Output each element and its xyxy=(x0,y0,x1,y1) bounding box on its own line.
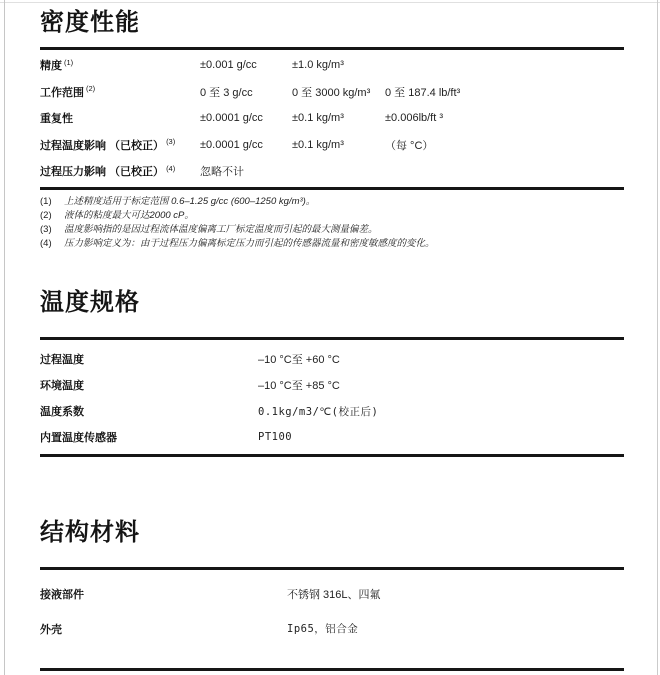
spec-label: 过程温度影响 （已校正）(3) xyxy=(40,137,200,153)
spec-label-text: 工作范围 xyxy=(40,87,84,99)
table-row: 内置温度传感器 PT100 xyxy=(40,424,624,450)
spec-value: ±0.1 kg/m³ xyxy=(292,139,385,151)
spec-label: 过程温度 xyxy=(40,351,258,367)
table-row: 精度(1) ±0.001 g/cc ±1.0 kg/m³ xyxy=(40,52,624,79)
table-row: 工作范围(2) 0 至 3 g/cc 0 至 3000 kg/m³ 0 至 18… xyxy=(40,79,624,106)
spec-value: 0 至 3000 kg/m³ xyxy=(292,84,385,100)
table-row: 重复性 ±0.0001 g/cc ±0.1 kg/m³ ±0.006lb/ft … xyxy=(40,105,624,132)
spec-value: –10 °C至 +60 °C xyxy=(258,351,624,367)
divider-materials-top xyxy=(40,567,624,570)
spec-value: Ip65，铝合金 xyxy=(287,621,624,636)
spec-label: 过程压力影响 （已校正）(4) xyxy=(40,163,200,179)
footnote-text: 温度影响指的是因过程流体温度偏离工厂标定温度而引起的最大测量偏差。 xyxy=(64,223,378,237)
footnote-item: (1) 上述精度适用于标定范围 0.6–1.25 g/cc (600–1250 … xyxy=(40,195,624,209)
table-row: 环境温度 –10 °C至 +85 °C xyxy=(40,372,624,398)
spec-label: 内置温度传感器 xyxy=(40,429,258,445)
footnote-ref: (3) xyxy=(166,137,175,146)
spec-value: ±0.006lb/ft ³ xyxy=(385,112,624,124)
spec-label: 环境温度 xyxy=(40,377,258,393)
section-temperature-specs: 温度规格 过程温度 –10 °C至 +60 °C 环境温度 –10 °C至 +8… xyxy=(40,288,624,457)
footnote-text: 压力影响定义为：由于过程压力偏离标定压力而引起的传感器流量和密度敏感度的变化。 xyxy=(64,237,435,251)
divider-materials-bottom xyxy=(40,668,624,671)
spec-value: ±0.0001 g/cc xyxy=(200,112,292,124)
spec-label: 重复性 xyxy=(40,110,200,126)
temperature-spec-table: 过程温度 –10 °C至 +60 °C 环境温度 –10 °C至 +85 °C … xyxy=(40,346,624,450)
divider-density-bottom xyxy=(40,187,624,190)
spec-value: ±0.1 kg/m³ xyxy=(292,112,385,124)
section-construction-materials: 结构材料 接液部件 不锈钢 316L、四氟 外壳 Ip65，铝合金 xyxy=(40,518,624,671)
footnote-ref: (1) xyxy=(64,58,73,67)
spec-value: PT100 xyxy=(258,431,624,443)
spec-value: ±1.0 kg/m³ xyxy=(292,59,385,71)
footnote-number: (4) xyxy=(40,237,55,251)
spec-label: 接液部件 xyxy=(40,586,287,602)
spec-label-text: 精度 xyxy=(40,60,62,72)
materials-spec-table: 接液部件 不锈钢 316L、四氟 外壳 Ip65，铝合金 xyxy=(40,576,624,646)
spec-label-text: 过程压力影响 （已校正） xyxy=(40,166,164,178)
divider-density-top xyxy=(40,47,624,50)
spec-value: 0.1kg/m3/℃(校正后) xyxy=(258,404,624,419)
page-edge-top xyxy=(0,2,660,3)
page-edge-right xyxy=(657,0,658,675)
table-row: 过程温度影响 （已校正）(3) ±0.0001 g/cc ±0.1 kg/m³ … xyxy=(40,132,624,159)
spec-label: 温度系数 xyxy=(40,403,258,419)
spec-value: ±0.001 g/cc xyxy=(200,59,292,71)
section-title-temperature: 温度规格 xyxy=(40,288,624,318)
spec-label: 工作范围(2) xyxy=(40,84,200,100)
spec-value: 0 至 3 g/cc xyxy=(200,84,292,100)
footnote-number: (2) xyxy=(40,209,55,223)
footnote-text: 液体的粘度最大可达2000 cP。 xyxy=(64,209,194,223)
spec-value: （每 °C） xyxy=(385,137,624,153)
spec-label: 外壳 xyxy=(40,621,287,637)
footnote-number: (1) xyxy=(40,195,55,209)
footnote-text: 上述精度适用于标定范围 0.6–1.25 g/cc (600–1250 kg/m… xyxy=(64,195,315,209)
density-footnotes: (1) 上述精度适用于标定范围 0.6–1.25 g/cc (600–1250 … xyxy=(40,195,624,251)
spec-value: ±0.0001 g/cc xyxy=(200,139,292,151)
section-density-performance: 密度性能 精度(1) ±0.001 g/cc ±1.0 kg/m³ 工作范围(2… xyxy=(40,8,624,251)
divider-temperature-top xyxy=(40,337,624,340)
spec-label-text: 重复性 xyxy=(40,113,73,125)
divider-temperature-bottom xyxy=(40,454,624,457)
table-row: 过程温度 –10 °C至 +60 °C xyxy=(40,346,624,372)
spec-value: –10 °C至 +85 °C xyxy=(258,377,624,393)
spec-value: 0 至 187.4 lb/ft³ xyxy=(385,84,624,100)
spec-value: 不锈钢 316L、四氟 xyxy=(287,586,624,602)
footnote-item: (2) 液体的粘度最大可达2000 cP。 xyxy=(40,209,624,223)
footnote-item: (3) 温度影响指的是因过程流体温度偏离工厂标定温度而引起的最大测量偏差。 xyxy=(40,223,624,237)
section-title-density: 密度性能 xyxy=(40,8,624,38)
spec-label-text: 过程温度影响 （已校正） xyxy=(40,140,164,152)
page-edge-left xyxy=(4,0,5,675)
table-row: 温度系数 0.1kg/m3/℃(校正后) xyxy=(40,398,624,424)
table-row: 接液部件 不锈钢 316L、四氟 xyxy=(40,576,624,611)
footnote-ref: (4) xyxy=(166,164,175,173)
footnote-ref: (2) xyxy=(86,84,95,93)
spec-value: 忽略不计 xyxy=(200,163,292,179)
spec-label: 精度(1) xyxy=(40,57,200,73)
footnote-number: (3) xyxy=(40,223,55,237)
density-spec-table: 精度(1) ±0.001 g/cc ±1.0 kg/m³ 工作范围(2) 0 至… xyxy=(40,52,624,185)
table-row: 过程压力影响 （已校正）(4) 忽略不计 xyxy=(40,158,624,185)
footnote-item: (4) 压力影响定义为：由于过程压力偏离标定压力而引起的传感器流量和密度敏感度的… xyxy=(40,237,624,251)
section-title-materials: 结构材料 xyxy=(40,518,624,548)
table-row: 外壳 Ip65，铝合金 xyxy=(40,611,624,646)
